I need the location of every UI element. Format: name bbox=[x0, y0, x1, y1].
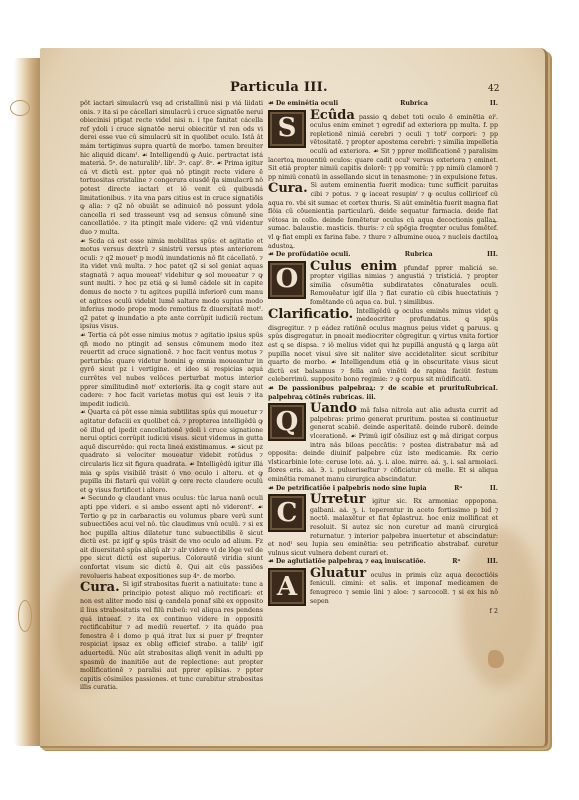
woodcut-initial: A bbox=[268, 568, 306, 606]
loose-thread bbox=[18, 600, 32, 632]
woodcut-initial: S bbox=[268, 110, 306, 148]
paragraph: ☙ Secundo ꝙ claudant vnus oculus: tûc la… bbox=[80, 495, 263, 581]
rubric-label: Rubrica bbox=[465, 385, 493, 402]
lead-word: Culus enim bbox=[310, 259, 397, 274]
chapter-palpebrae: ☙ De passionibus palpebraꝝ: ⁊ de scabie … bbox=[268, 385, 498, 485]
folio-number: 42 bbox=[488, 84, 499, 94]
clarificatio-heading: Clarificatio. bbox=[268, 308, 353, 321]
rubric-label: Rᵃ bbox=[454, 485, 462, 494]
paragraph: ☙ Tertia cá pôt esse nimius motus ⁊ agit… bbox=[80, 332, 263, 409]
running-head: Particula III. bbox=[230, 80, 328, 95]
chapter-eminentia: ☙ De eminêtia oculi Rubrica II. S Ecûda … bbox=[268, 100, 498, 251]
woodcut-initial: O bbox=[268, 261, 306, 299]
left-text-column: pôt iactari simulacrû vsq ad cristallinû… bbox=[80, 100, 263, 693]
chapter-profundatio: ☙ De profûdatiōe oculi. Rubrica III. O C… bbox=[268, 251, 498, 385]
lead-word: Gluatur bbox=[310, 566, 366, 581]
loose-thread bbox=[10, 100, 30, 116]
chapter-petrificatio: ☙ De petrificatiõe i palpebris nodo sine… bbox=[268, 485, 498, 559]
paragraph: pôt iactari simulacrû vsq ad cristallinû… bbox=[80, 100, 263, 238]
paragraph: ☙ Quarta cá pôt esse nimia subtilitas sp… bbox=[80, 409, 263, 495]
rubric-line: ☙ De eminêtia oculi Rubrica II. bbox=[268, 100, 498, 109]
woodcut-initial: Q bbox=[268, 403, 306, 441]
paper-damage-blot bbox=[488, 650, 504, 668]
rubric-line: ☙ De petrificatiõe i palpebris nodo sine… bbox=[268, 485, 498, 494]
rubric-label: Rᵃ bbox=[452, 558, 460, 567]
signature-mark: f 2 bbox=[268, 607, 498, 616]
paragraph: ☙ Scda cá est esse nimia mobilitas spûs:… bbox=[80, 238, 263, 333]
rubric-number: I. bbox=[493, 385, 498, 402]
woodcut-initial: C bbox=[268, 494, 306, 532]
chapter-aglutinatio: ☙ De aglutiatiōe palpebraꝝ ⁊ eaꝝ inuisca… bbox=[268, 558, 498, 607]
rubric-line: ☙ De aglutiatiōe palpebraꝝ ⁊ eaꝝ inuisca… bbox=[268, 558, 498, 567]
cura-section: Cura. Si igif strabositas fuerit a natiu… bbox=[80, 581, 263, 693]
lead-word: Uando bbox=[310, 401, 357, 416]
right-text-column: ☙ De eminêtia oculi Rubrica II. S Ecûda … bbox=[268, 100, 498, 615]
lead-word: Ecûda bbox=[310, 108, 355, 123]
rubric-label: Rubrica bbox=[405, 251, 433, 260]
rubric-number: II. bbox=[490, 100, 498, 109]
rubric-number: II. bbox=[490, 485, 498, 494]
cura-heading: Cura. bbox=[80, 581, 120, 594]
rubric-line: ☙ De passionibus palpebraꝝ: ⁊ de scabie … bbox=[268, 385, 498, 402]
cura-heading: Cura. bbox=[268, 182, 308, 195]
rubric-number: III. bbox=[487, 558, 498, 567]
cura-text: Si igif strabositas fuerit a natiuitate:… bbox=[80, 581, 263, 693]
rubric-title: ☙ De passionibus palpebraꝝ: ⁊ de scabie … bbox=[268, 385, 465, 402]
lead-word: Urretur bbox=[310, 492, 366, 507]
rubric-label: Rubrica bbox=[400, 100, 428, 109]
rubric-number: III. bbox=[487, 251, 498, 260]
